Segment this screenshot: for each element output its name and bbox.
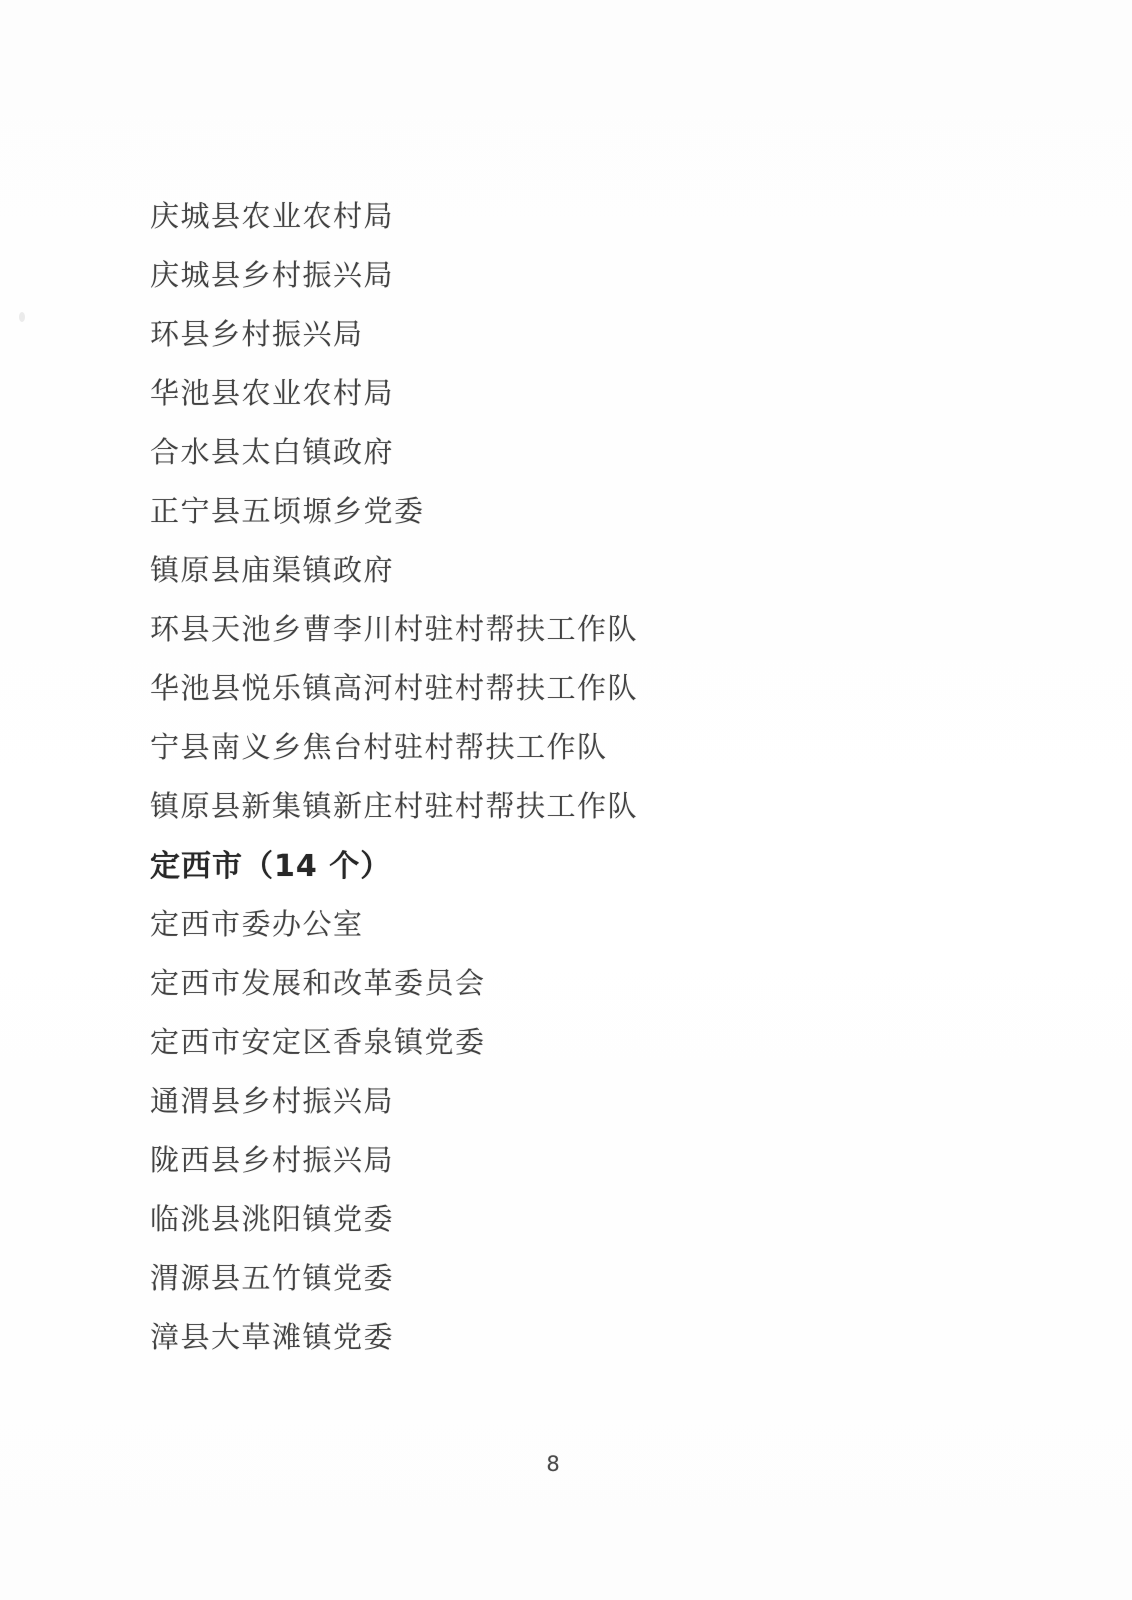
list-item: 庆城县农业农村局 [150,188,638,247]
list-item: 环县乡村振兴局 [150,306,638,365]
list-item: 临洮县洮阳镇党委 [150,1191,638,1250]
document-page: 庆城县农业农村局庆城县乡村振兴局环县乡村振兴局华池县农业农村局合水县太白镇政府正… [0,0,1132,1600]
list-item: 华池县农业农村局 [150,365,638,424]
list-item: 通渭县乡村振兴局 [150,1073,638,1132]
list-item: 合水县太白镇政府 [150,424,638,483]
list-item: 环县天池乡曹李川村驻村帮扶工作队 [150,601,638,660]
page-number: 8 [546,1452,559,1476]
list-item: 正宁县五顷塬乡党委 [150,483,638,542]
list-item: 镇原县新集镇新庄村驻村帮扶工作队 [150,778,638,837]
list-item: 庆城县乡村振兴局 [150,247,638,306]
list-item: 华池县悦乐镇高河村驻村帮扶工作队 [150,660,638,719]
list-item: 陇西县乡村振兴局 [150,1132,638,1191]
list-item: 定西市安定区香泉镇党委 [150,1014,638,1073]
list-item: 定西市发展和改革委员会 [150,955,638,1014]
list-item: 宁县南义乡焦台村驻村帮扶工作队 [150,719,638,778]
list-item: 渭源县五竹镇党委 [150,1250,638,1309]
page-footer: 8 [0,1452,1132,1476]
list-item: 镇原县庙渠镇政府 [150,542,638,601]
org-list: 庆城县农业农村局庆城县乡村振兴局环县乡村振兴局华池县农业农村局合水县太白镇政府正… [150,188,638,1368]
list-item: 漳县大草滩镇党委 [150,1309,638,1368]
scan-artifact [19,312,25,322]
section-header: 定西市（14 个） [150,837,638,896]
list-item: 定西市委办公室 [150,896,638,955]
